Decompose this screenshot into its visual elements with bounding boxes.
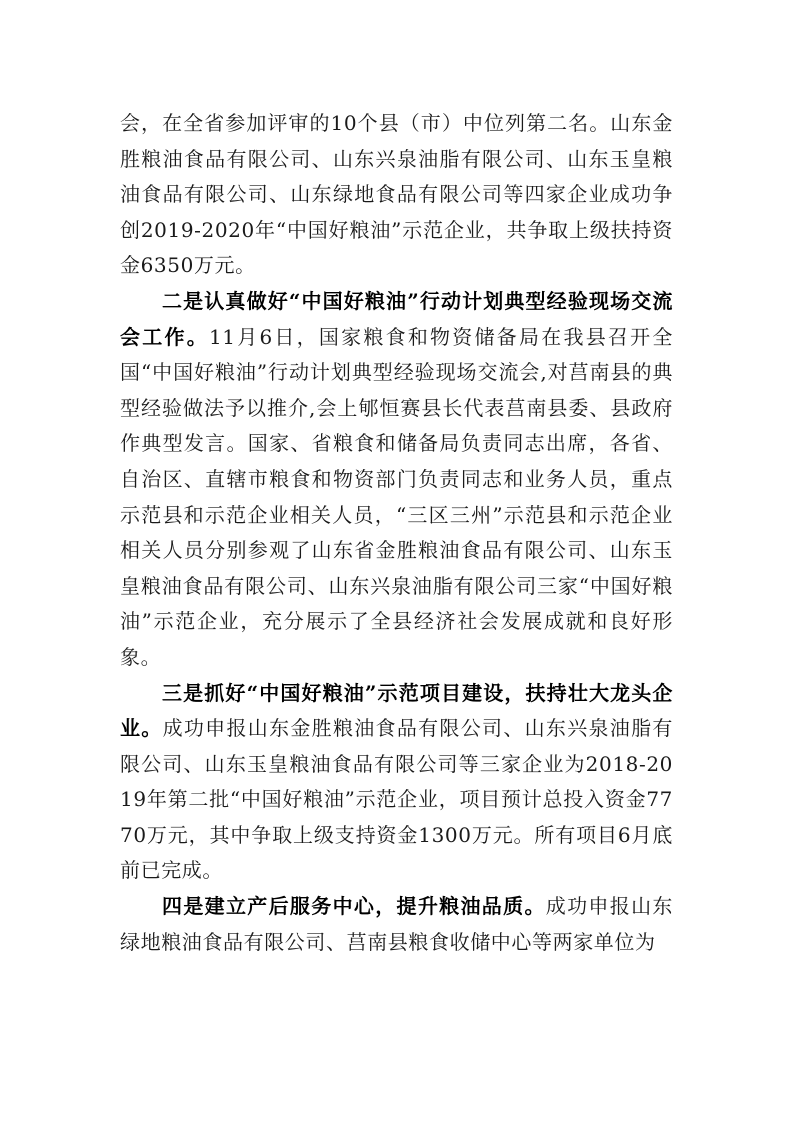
- paragraph-1: 会，在全省参加评审的10个县（市）中位列第二名。山东金胜粮油食品有限公司、山东兴…: [120, 106, 673, 284]
- paragraph-3: 三是抓好“中国好粮油”示范项目建设，扶持壮大龙头企业。成功申报山东金胜粮油食品有…: [120, 676, 673, 890]
- paragraph-text: 成功申报山东金胜粮油食品有限公司、山东兴泉油脂有限公司、山东玉皇粮油食品有限公司…: [120, 716, 673, 882]
- paragraph-lead: 四是建立产后服务中心，提升粮油品质。: [162, 894, 546, 918]
- paragraph-2: 二是认真做好“中国好粮油”行动计划典型经验现场交流会工作。11月6日，国家粮食和…: [120, 284, 673, 676]
- paragraph-text: 11月6日，国家粮食和物资储备局在我县召开全国“中国好粮油”行动计划典型经验现场…: [120, 325, 673, 669]
- paragraph-text: 会，在全省参加评审的10个县（市）中位列第二名。山东金胜粮油食品有限公司、山东兴…: [120, 111, 673, 277]
- paragraph-4: 四是建立产后服务中心，提升粮油品质。成功申报山东绿地粮油食品有限公司、莒南县粮食…: [120, 889, 673, 960]
- document-page: 会，在全省参加评审的10个县（市）中位列第二名。山东金胜粮油食品有限公司、山东兴…: [120, 106, 673, 960]
